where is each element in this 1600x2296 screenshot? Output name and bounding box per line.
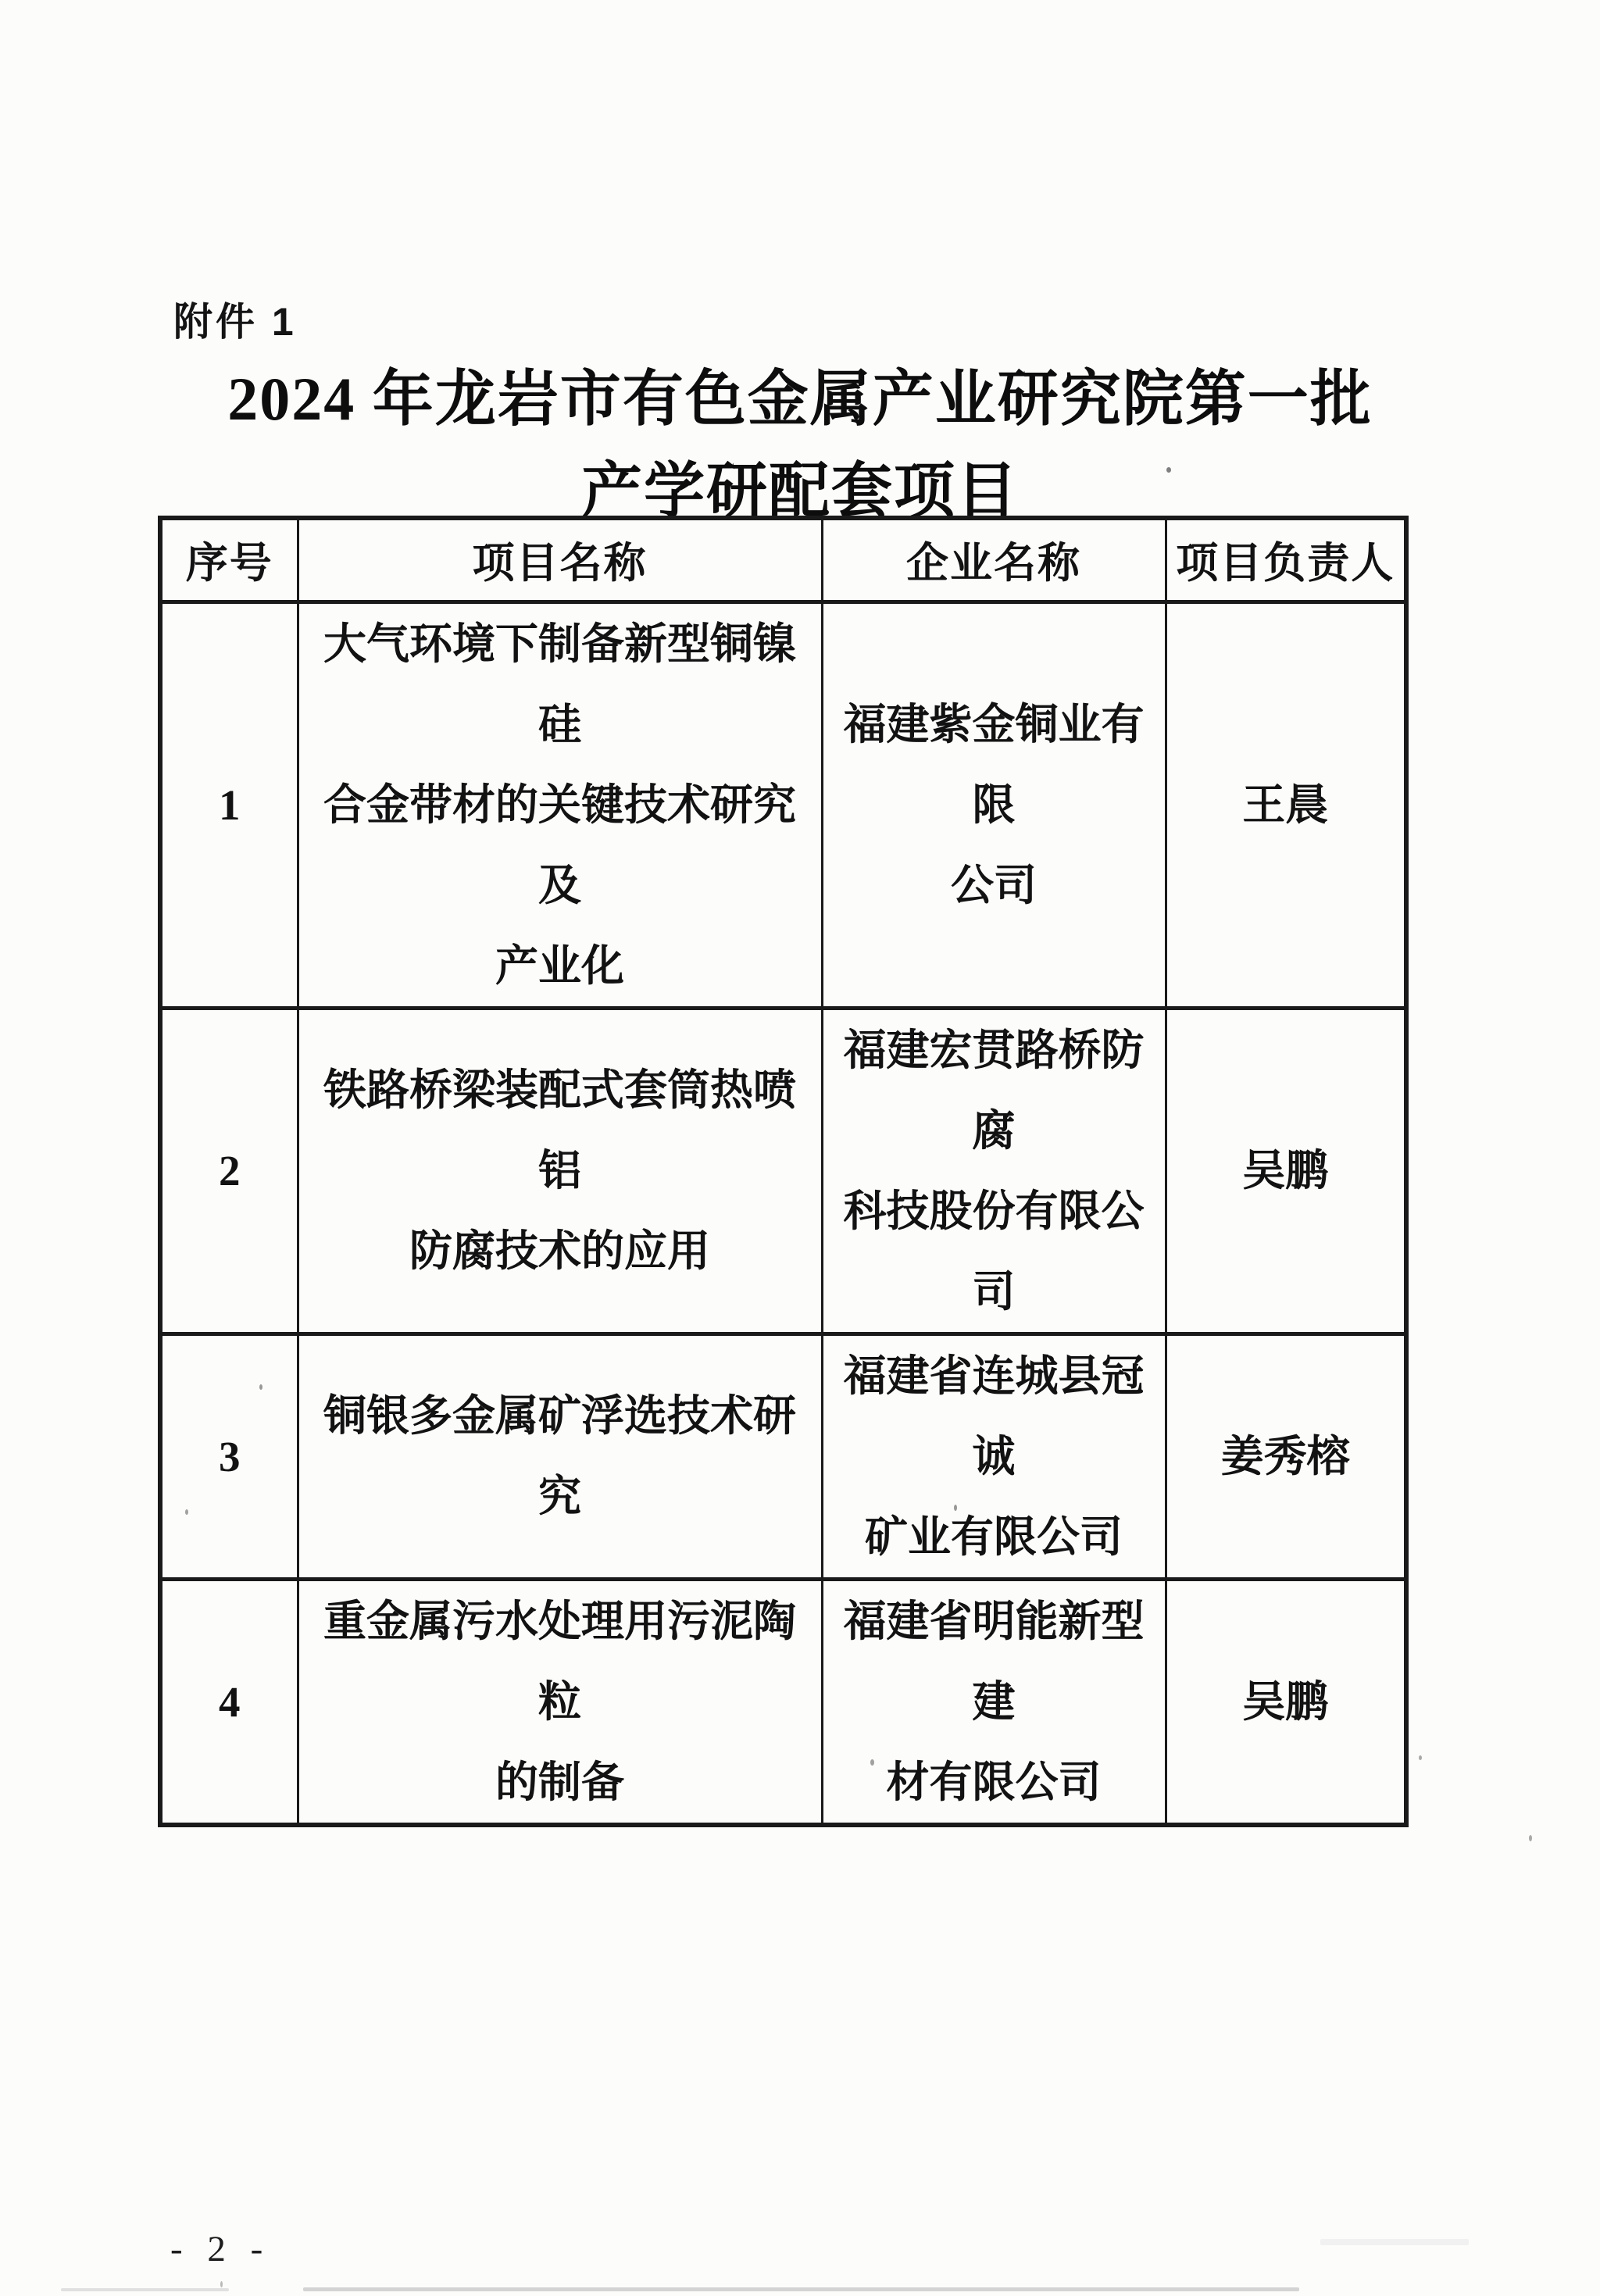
cell-leader: 吴鹏 [1166,1008,1406,1334]
cell-index: 1 [160,602,298,1008]
column-header-index: 序号 [160,518,298,602]
scan-edge-artifact [1320,2239,1469,2245]
scan-speck [870,1759,874,1766]
cell-leader: 姜秀榕 [1166,1334,1406,1579]
table-row: 3 铜银多金属矿浮选技术研究 福建省连城县冠诚 矿业有限公司 姜秀榕 [160,1334,1406,1579]
cell-leader: 王晨 [1166,602,1406,1008]
document-title: 2024 年龙岩市有色金属产业研究院第一批 产学研配套项目 [0,353,1600,537]
cell-company-name: 福建宏贯路桥防腐 科技股份有限公司 [822,1008,1166,1334]
scan-edge-artifact [303,2287,1299,2291]
cell-company-name: 福建省明能新型建 材有限公司 [822,1579,1166,1825]
scan-speck [954,1505,957,1511]
scan-speck [259,1384,262,1390]
cell-index: 3 [160,1334,298,1579]
cell-project-name: 铜银多金属矿浮选技术研究 [298,1334,822,1579]
scan-speck [1166,467,1171,473]
cell-leader: 吴鹏 [1166,1579,1406,1825]
cell-company-name: 福建省连城县冠诚 矿业有限公司 [822,1334,1166,1579]
attachment-label: 附件 1 [173,291,297,347]
cell-project-name: 重金属污水处理用污泥陶粒 的制备 [298,1579,822,1825]
document-page: 附件 1 2024 年龙岩市有色金属产业研究院第一批 产学研配套项目 序号 项目… [0,0,1600,2296]
scan-speck [220,2281,223,2287]
column-header-project: 项目名称 [298,518,822,602]
cell-index: 2 [160,1008,298,1334]
table-row: 4 重金属污水处理用污泥陶粒 的制备 福建省明能新型建 材有限公司 吴鹏 [160,1579,1406,1825]
table-row: 2 铁路桥梁装配式套筒热喷铝 防腐技术的应用 福建宏贯路桥防腐 科技股份有限公司… [160,1008,1406,1334]
title-line-1: 2024 年龙岩市有色金属产业研究院第一批 [0,353,1600,445]
projects-table: 序号 项目名称 企业名称 项目负责人 1 大气环境下制备新型铜镍硅 合金带材的关… [158,516,1409,1827]
cell-index: 4 [160,1579,298,1825]
scan-speck [1529,1835,1532,1841]
column-header-company: 企业名称 [822,518,1166,602]
cell-company-name: 福建紫金铜业有限 公司 [822,602,1166,1008]
column-header-leader: 项目负责人 [1166,518,1406,602]
table-row: 1 大气环境下制备新型铜镍硅 合金带材的关键技术研究及 产业化 福建紫金铜业有限… [160,602,1406,1008]
scan-speck [1419,1755,1422,1760]
scan-edge-artifact [61,2288,229,2291]
table-header-row: 序号 项目名称 企业名称 项目负责人 [160,518,1406,602]
page-number: - 2 - [170,2228,270,2270]
scan-speck [185,1509,188,1515]
cell-project-name: 铁路桥梁装配式套筒热喷铝 防腐技术的应用 [298,1008,822,1334]
cell-project-name: 大气环境下制备新型铜镍硅 合金带材的关键技术研究及 产业化 [298,602,822,1008]
